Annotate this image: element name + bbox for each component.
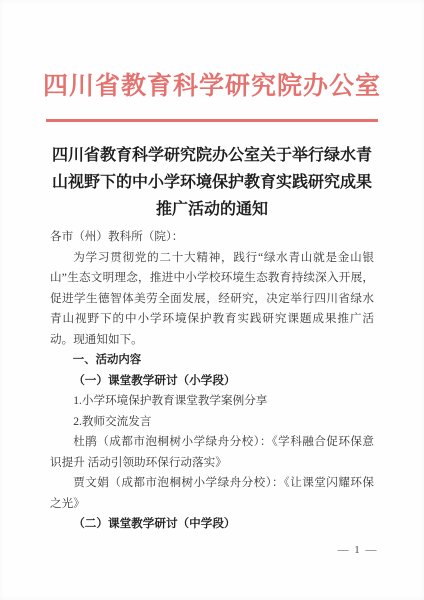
speaker-entry-1: 杜鹃（成都市泡桐树小学绿舟分校）：《学科融合促环保意识提升 活动引领助环保行动落…: [50, 432, 374, 473]
document-title-line-3: 推广活动的通知: [40, 196, 384, 223]
letterhead-org-title: 四川省教育科学研究院办公室: [0, 70, 424, 104]
letterhead-divider-line: [46, 119, 378, 122]
agenda-item-2: 2.教师交流发言: [50, 412, 374, 433]
salutation-line: 各市（州）教科所（院）：: [50, 227, 374, 248]
document-title-line-1: 四川省教育科学研究院办公室关于举行绿水青: [40, 142, 384, 169]
agenda-item-1: 1.小学环境保护教育课堂教学案例分享: [50, 391, 374, 412]
page-number: — 1 —: [338, 544, 379, 556]
scanned-document-page: 四川省教育科学研究院办公室 四川省教育科学研究院办公室关于举行绿水青 山视野下的…: [0, 0, 424, 600]
section-heading-activity-content: 一、活动内容: [50, 350, 374, 371]
document-title: 四川省教育科学研究院办公室关于举行绿水青 山视野下的中小学环境保护教育实践研究成…: [40, 142, 384, 223]
subsection-heading-primary-school: （一）课堂教学研讨（小学段）: [50, 371, 374, 392]
document-body: 各市（州）教科所（院）： 为学习贯彻党的二十大精神，践行“绿水青山就是金山银山”…: [50, 227, 374, 535]
document-title-line-2: 山视野下的中小学环境保护教育实践研究成果: [40, 169, 384, 196]
subsection-heading-middle-school: （二）课堂教学研讨（中学段）: [50, 514, 374, 535]
speaker-entry-2: 贾文娟（成都市泡桐树小学绿舟分校）：《让课堂闪耀环保之光》: [50, 473, 374, 514]
intro-paragraph: 为学习贯彻党的二十大精神，践行“绿水青山就是金山银山”生态文明理念，推进中小学校…: [50, 248, 374, 351]
